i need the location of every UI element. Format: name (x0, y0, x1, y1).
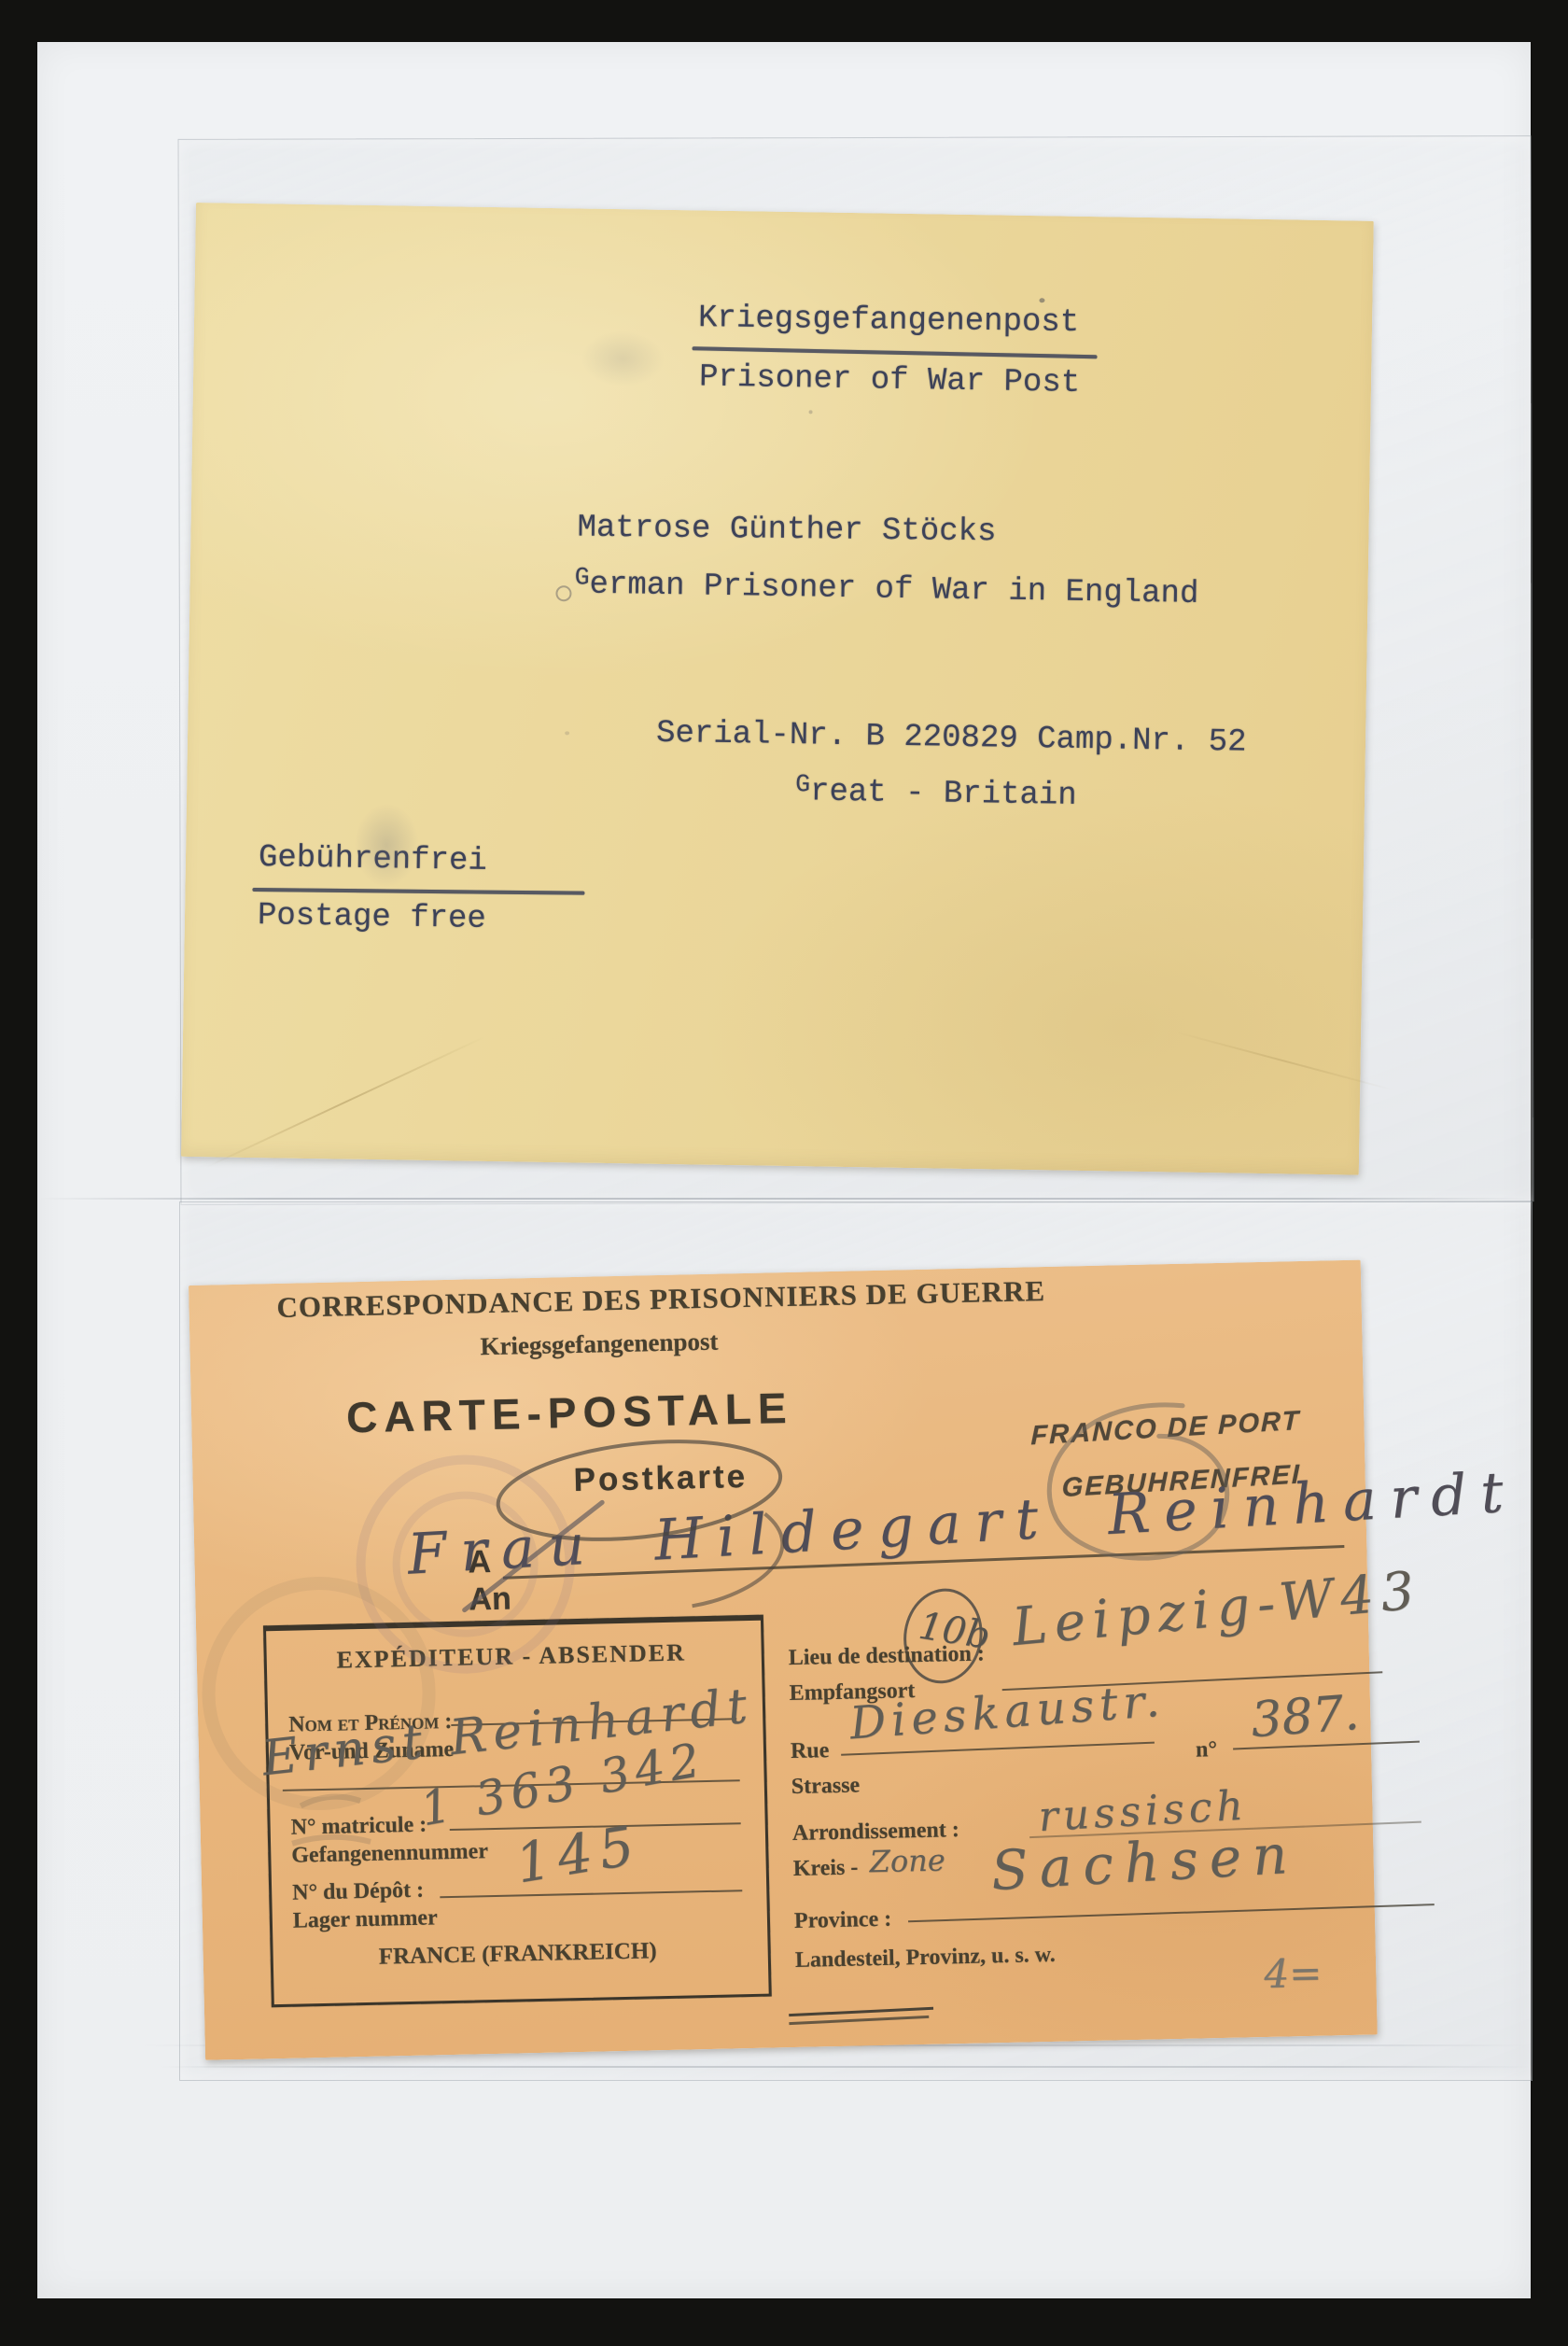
envelope-free-english: Postage free (258, 898, 486, 937)
street-number-handwriting: 387. (1249, 1685, 1361, 1749)
depot-label-german: Lager nummer (293, 1905, 438, 1933)
province-label-french: Province : (794, 1907, 892, 1934)
depot-line (440, 1889, 742, 1898)
destination-handwriting: Leipzig-W43 (1010, 1560, 1424, 1658)
envelope-address-name: Matrose Günther Stöcks (577, 511, 996, 551)
postcard-title-german: Postkarte (573, 1458, 748, 1499)
paper-fold (205, 1036, 485, 1169)
double-rule-bottom (789, 2016, 929, 2025)
envelope-header-german: Kriegsgefangenenpost (698, 301, 1080, 341)
envelope-address-status: German Prisoner of War in England (574, 563, 1198, 612)
postcard-header-french: CORRESPONDANCE DES PRISONNIERS DE GUERRE (276, 1274, 1045, 1325)
envelope-header-english: Prisoner of War Post (699, 359, 1081, 400)
province-line (908, 1903, 1435, 1922)
envelope-header-underline (693, 346, 1098, 358)
district-zone-handwriting: Zone (869, 1842, 945, 1879)
sender-box-title: EXPÉDITEUR - ABSENDER (266, 1637, 756, 1676)
matricule-label-french: N° matricule : (290, 1813, 427, 1841)
postcard-header-german: Kriegsgefangenenpost (480, 1328, 719, 1362)
zone-circle: 10b (897, 1583, 989, 1690)
matricule-label-german: Gefangenennummer (291, 1839, 488, 1869)
paper-fold (1175, 1032, 1392, 1091)
pow-postcard: CORRESPONDANCE DES PRISONNIERS DE GUERRE… (189, 1260, 1378, 2060)
envelope-free-underline (252, 888, 584, 895)
envelope-country-line: Great - Britain (795, 770, 1077, 814)
depot-handwriting: 145 (511, 1813, 646, 1896)
ink-speck (1039, 298, 1044, 302)
ink-speck (809, 410, 813, 414)
pow-envelope: Kriegsgefangenenpost Prisoner of War Pos… (181, 203, 1374, 1175)
street-number-label: n° (1196, 1737, 1218, 1763)
franco-de-port-stamp: FRANCO DE PORT (1030, 1406, 1300, 1452)
sender-country: FRANCE (FRANKREICH) (273, 1936, 762, 1973)
destination-label-french: Lieu de destination : (789, 1641, 986, 1671)
depot-label-french: N° du Dépôt : (292, 1878, 425, 1906)
street-label-german: Strasse (791, 1773, 861, 1800)
postcard-title-french: CARTE-POSTALE (346, 1383, 794, 1442)
to-label-french: A (468, 1544, 491, 1581)
district-label-german: Kreis - (793, 1856, 859, 1883)
album-page: Kriegsgefangenenpost Prisoner of War Pos… (37, 42, 1531, 2298)
sleeve-crease (37, 1198, 1531, 1200)
sender-box: EXPÉDITEUR - ABSENDER Nom et Prénom : Vo… (263, 1615, 772, 2008)
sleeve-crease (159, 2066, 1531, 2068)
province-handwriting: Sachsen (989, 1822, 1300, 1903)
street-label-french: Rue (791, 1738, 830, 1764)
pencil-note: 4= (1264, 1950, 1323, 1997)
province-label-german: Landesteil, Provinz, u. s. w. (795, 1943, 1056, 1974)
to-label-german: An (469, 1581, 511, 1619)
ink-speck (565, 731, 569, 735)
double-rule-top (789, 2007, 933, 2016)
paper-smudge (581, 330, 665, 387)
envelope-serial-line: Serial-Nr. B 220829 Camp.Nr. 52 (656, 716, 1247, 761)
ink-ring-blemish (555, 585, 571, 601)
